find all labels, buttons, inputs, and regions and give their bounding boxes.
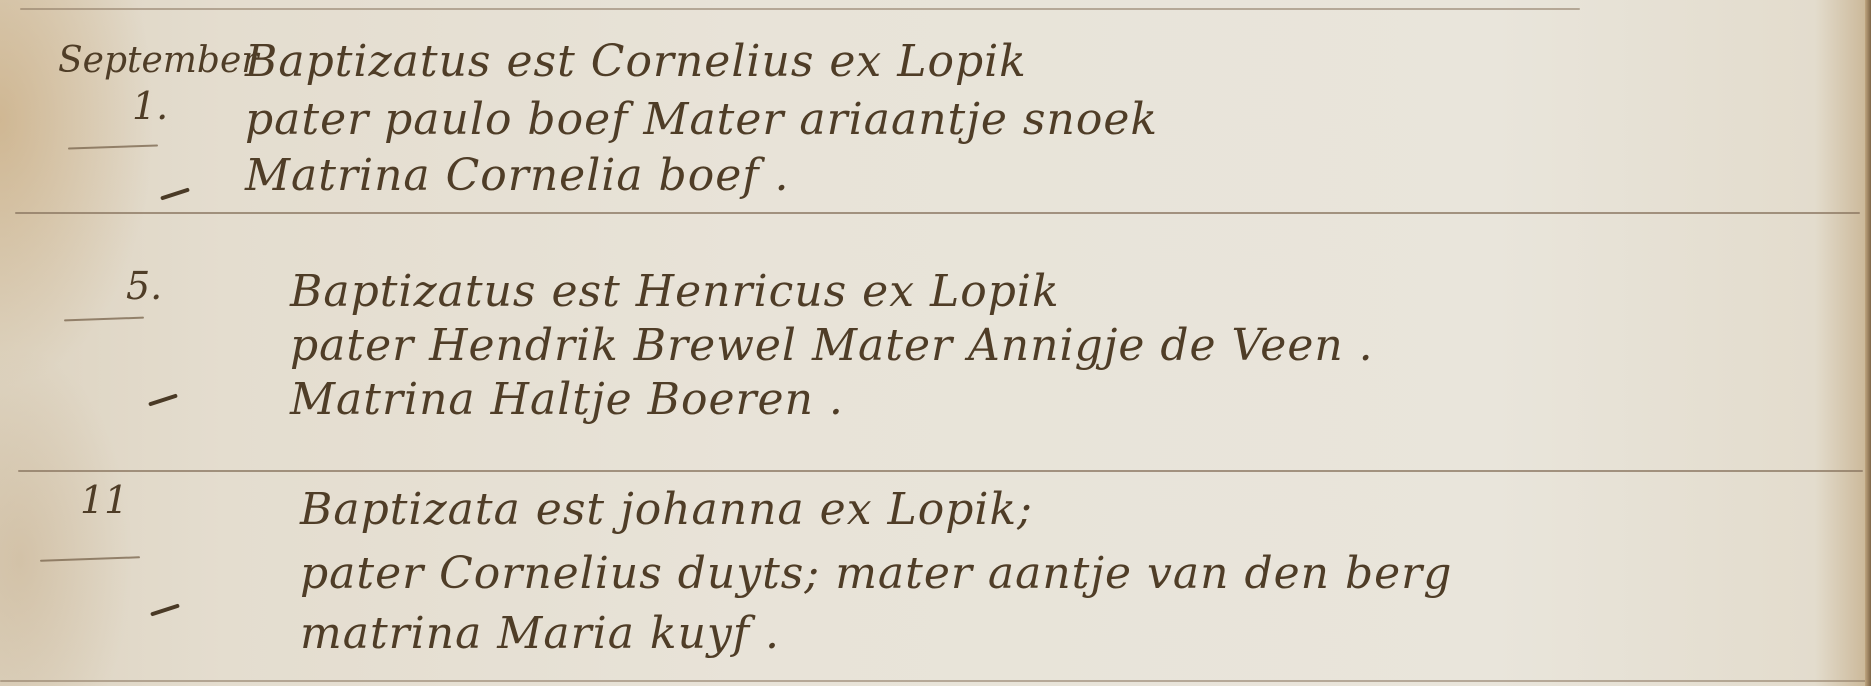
entry-separator (15, 212, 1860, 214)
entry-day: 11 (80, 478, 128, 522)
margin-flourish (64, 317, 144, 322)
month-label: September (58, 40, 258, 81)
godmother-line: Matrina Cornelia boef . (245, 150, 790, 201)
margin-flourish (40, 556, 140, 561)
entry-separator (18, 470, 1863, 472)
parents-line: pater Hendrik Brewel Mater Annigje de Ve… (290, 320, 1374, 371)
bottom-rule (0, 680, 1871, 682)
godmother-line: Matrina Haltje Boeren . (290, 374, 844, 425)
entry-day: 5. (126, 264, 162, 308)
page-edge (1865, 0, 1871, 686)
parents-line: pater paulo boef Mater ariaantje snoek (245, 94, 1158, 145)
margin-dash (160, 187, 190, 200)
manuscript-page: September 1. Baptizatus est Cornelius ex… (0, 0, 1871, 686)
margin-flourish (68, 144, 158, 149)
entry-day: 1. (132, 84, 168, 128)
godmother-line: matrina Maria kuyf . (300, 608, 780, 659)
baptism-line: Baptizatus est Cornelius ex Lopik (245, 36, 1027, 87)
top-rule (20, 8, 1580, 10)
baptism-line: Baptizatus est Henricus ex Lopik (290, 266, 1060, 317)
baptism-line: Baptizata est johanna ex Lopik; (300, 484, 1033, 535)
parents-line: pater Cornelius duyts; mater aantje van … (300, 548, 1452, 599)
margin-dash (148, 393, 178, 406)
margin-dash (150, 603, 180, 616)
